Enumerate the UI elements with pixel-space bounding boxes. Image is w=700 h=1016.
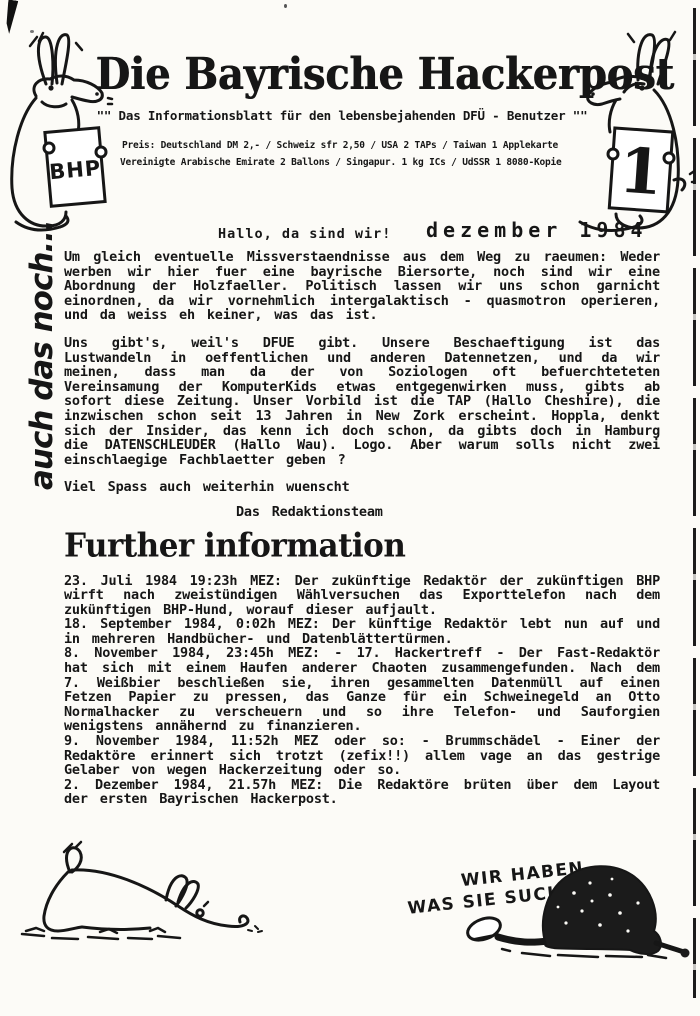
bhp-sign-label: BHP [48, 156, 102, 184]
newsletter-subtitle: "" Das Informationsblatt für den lebensb… [96, 108, 588, 123]
newsletter-title: Die Bayrische Hackerpost [95, 50, 572, 99]
price-line-1: Preis: Deutschland DM 2,- / Schweiz sfr … [120, 137, 560, 154]
issue-date: dezember 1984 [426, 218, 648, 242]
further-information-heading: Further information [64, 527, 660, 565]
price-line-2: Vereinigte Arabische Emirate 2 Ballons /… [120, 154, 560, 171]
intro-paragraph-1: Um gleich eventuelle Missverstaendnisse … [64, 250, 660, 323]
intro-heading: Hallo, da sind wir! [218, 226, 391, 242]
price-list: Preis: Deutschland DM 2,- / Schweiz sfr … [120, 137, 560, 171]
newsletter-page: BHP Die Bayrische Hackerpost "" Das Info… [0, 0, 700, 1016]
issue-number-label: 1 [617, 134, 665, 210]
signature-line: Das Redaktionsteam [236, 505, 660, 520]
rabbit-mascot-right-icon: 1 [550, 28, 695, 235]
sidebar-vertical-note: auch das noch... [24, 246, 68, 490]
scan-artifact-dot-top [284, 4, 287, 8]
intro-paragraph-2: Uns gibt's, weil's DFUE gibt. Unsere Bes… [64, 336, 660, 467]
event-log: 23. Juli 1984 19:23h MEZ: Der zukünftige… [64, 574, 660, 808]
closing-line: Viel Spass auch weiterhin wuenscht [64, 480, 660, 495]
event-entry: 9. November 1984, 11:52h MEZ oder so: - … [64, 734, 660, 778]
crawling-searcher-cartoon-icon [462, 855, 692, 967]
event-entry: 2. Dezember 1984, 21.57h MEZ: Die Redakt… [64, 778, 660, 807]
main-text-column: Um gleich eventuelle Missverstaendnisse … [64, 250, 660, 807]
event-entry: 23. Juli 1984 19:23h MEZ: Der zukünftige… [64, 574, 660, 618]
sniffing-rabbit-cartoon-icon [8, 838, 264, 968]
event-entry: 8. November 1984, 23:45h MEZ: - 17. Hack… [64, 646, 660, 734]
event-entry: 18. September 1984, 0:02h MEZ: Der künft… [64, 617, 660, 646]
